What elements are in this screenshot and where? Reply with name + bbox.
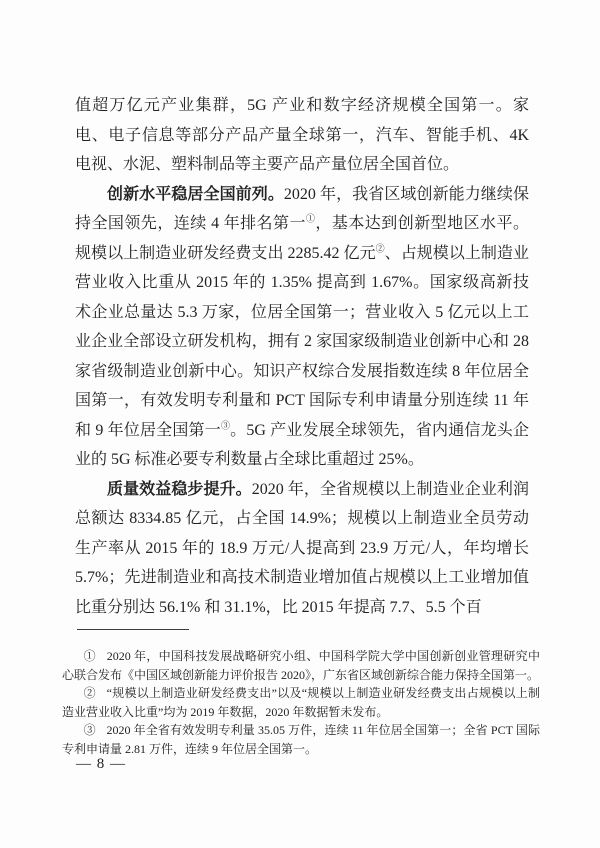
paragraph-text: 值超万亿元产业集群，5G 产业和数字经济规模全国第一。家电、电子信息等部分产品产…	[75, 97, 529, 173]
paragraph-text: 2020 年，全省规模以上制造业企业利润总额达 8334.85 亿元，占全国 1…	[75, 481, 529, 616]
paragraph-lead-bold: 质量效益稳步提升。	[107, 481, 252, 498]
paragraph: 质量效益稳步提升。2020 年，全省规模以上制造业企业利润总额达 8334.85…	[75, 475, 529, 623]
paragraph: 创新水平稳居全国前列。2020 年，我省区域创新能力继续保持全国领先，连续 4 …	[75, 180, 529, 475]
footnote: ③2020 年全省有效发明专利量 35.05 万件，连续 11 年位居全国第一；…	[62, 721, 540, 758]
footnote-text: “规模以上制造业研发经费支出”以及“规模以上制造业研发经费支出占规模以上制造业营…	[62, 686, 540, 719]
footnote-marker: ②	[84, 686, 96, 700]
document-body: 值超万亿元产业集群，5G 产业和数字经济规模全国第一。家电、电子信息等部分产品产…	[75, 91, 529, 622]
paragraph-lead-bold: 创新水平稳居全国前列。	[107, 186, 284, 203]
footnote-reference-marker: ②	[376, 243, 385, 253]
footnote-marker: ①	[84, 649, 96, 663]
footnote-text: 2020 年，中国科技发展战略研究小组、中国科学院大学中国创新创业管理研究中心联…	[62, 649, 540, 682]
document-page: 值超万亿元产业集群，5G 产业和数字经济规模全国第一。家电、电子信息等部分产品产…	[0, 0, 600, 848]
page-number: — 8 —	[76, 756, 126, 773]
footnotes-section: ①2020 年，中国科技发展战略研究小组、中国科学院大学中国创新创业管理研究中心…	[62, 647, 540, 758]
paragraph-text: 、占规模以上制造业营业收入比重从 2015 年的 1.35% 提高到 1.67%…	[75, 245, 529, 439]
paragraph: 值超万亿元产业集群，5G 产业和数字经济规模全国第一。家电、电子信息等部分产品产…	[75, 91, 529, 180]
footnote-reference-marker: ③	[221, 420, 230, 430]
footnote: ①2020 年，中国科技发展战略研究小组、中国科学院大学中国创新创业管理研究中心…	[62, 647, 540, 684]
footnote-text: 2020 年全省有效发明专利量 35.05 万件，连续 11 年位居全国第一；全…	[62, 723, 540, 756]
footnote: ②“规模以上制造业研发经费支出”以及“规模以上制造业研发经费支出占规模以上制造业…	[62, 684, 540, 721]
footnote-reference-marker: ①	[306, 214, 315, 224]
footnote-marker: ③	[84, 723, 96, 737]
footnote-separator-line	[77, 629, 189, 630]
